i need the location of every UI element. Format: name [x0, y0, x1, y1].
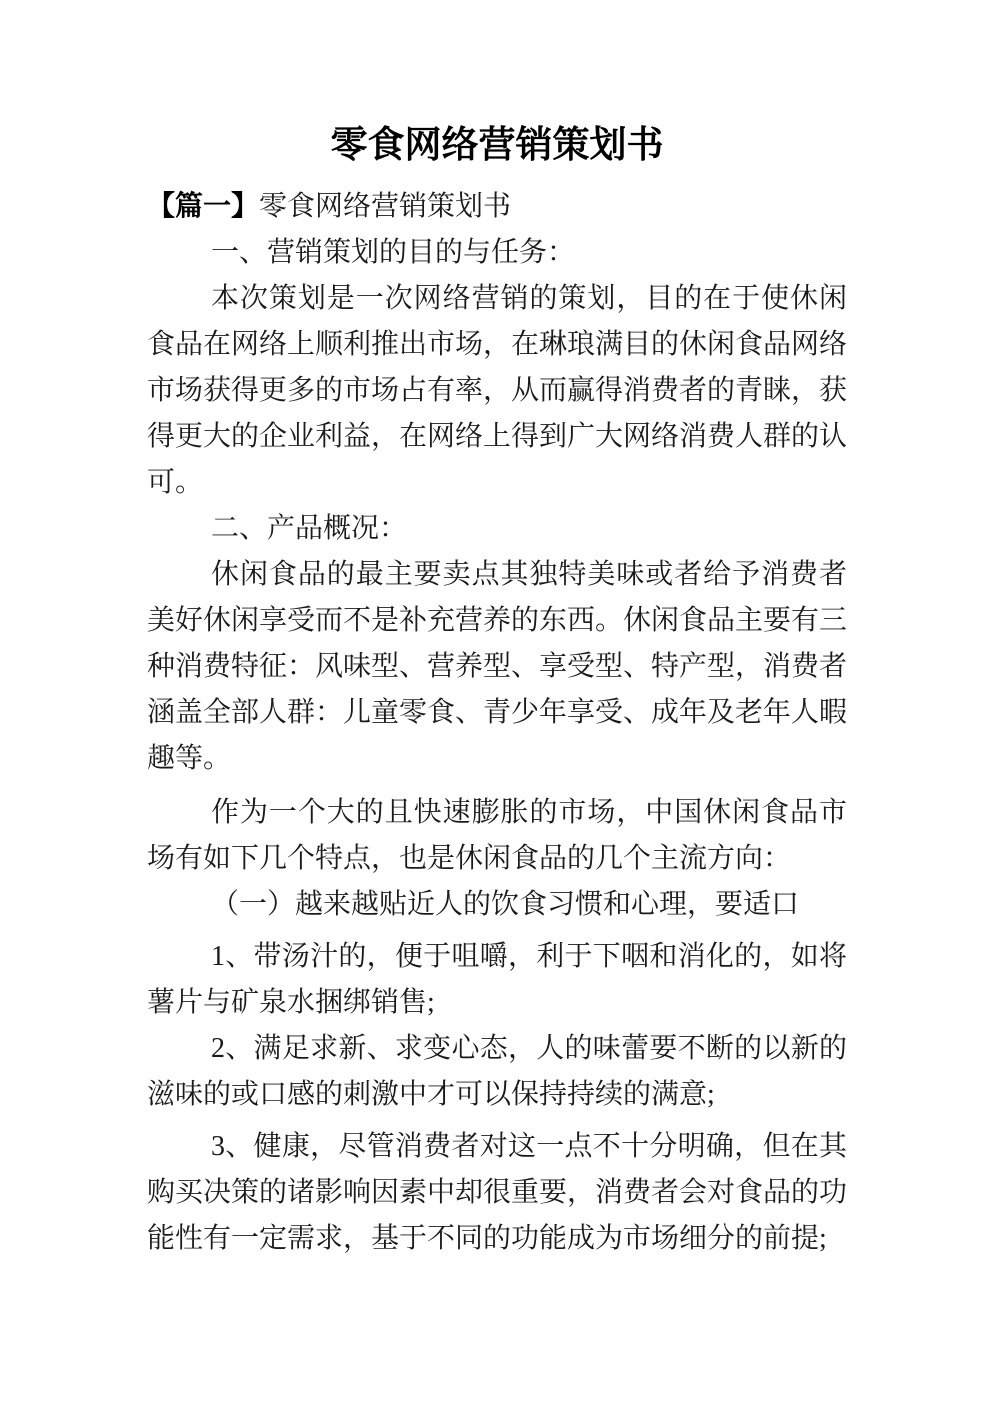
- document-page: 零食网络营销策划书 【篇一】零食网络营销策划书 一、营销策划的目的与任务： 本次…: [0, 0, 993, 1404]
- document-title: 零食网络营销策划书: [147, 121, 847, 169]
- paragraph-item-2-novelty: 2、满足求新、求变心态，人的味蕾要不断的以新的滋味的或口感的刺激中才可以保持持续…: [147, 1026, 847, 1118]
- paragraph-plan-purpose: 本次策划是一次网络营销的策划，目的在于使休闲食品在网络上顺利推出市场，在琳琅满目…: [147, 276, 847, 506]
- paragraph-item-1-soup: 1、带汤汁的，便于咀嚼，利于下咽和消化的，如将薯片与矿泉水捆绑销售;: [147, 934, 847, 1026]
- intro-section-title: 零食网络营销策划书: [259, 191, 511, 222]
- paragraph-item-3-health: 3、健康，尽管消费者对这一点不十分明确，但在其购买决策的诸影响因素中却很重要，消…: [147, 1124, 847, 1262]
- heading-purpose-and-tasks: 一、营销策划的目的与任务：: [147, 230, 847, 276]
- paragraph-selling-points: 休闲食品的最主要卖点其独特美味或者给予消费者美好休闲享受而不是补充营养的东西。休…: [147, 552, 847, 782]
- paragraph-market-features: 作为一个大的且快速膨胀的市场，中国休闲食品市场有如下几个特点，也是休闲食品的几个…: [147, 790, 847, 882]
- intro-section-label: 【篇一】: [147, 190, 259, 221]
- heading-product-overview: 二、产品概况：: [147, 506, 847, 552]
- paragraph-point-one-taste: （一）越来越贴近人的饮食习惯和心理，要适口: [147, 882, 847, 928]
- intro-line: 【篇一】零食网络营销策划书: [147, 183, 847, 230]
